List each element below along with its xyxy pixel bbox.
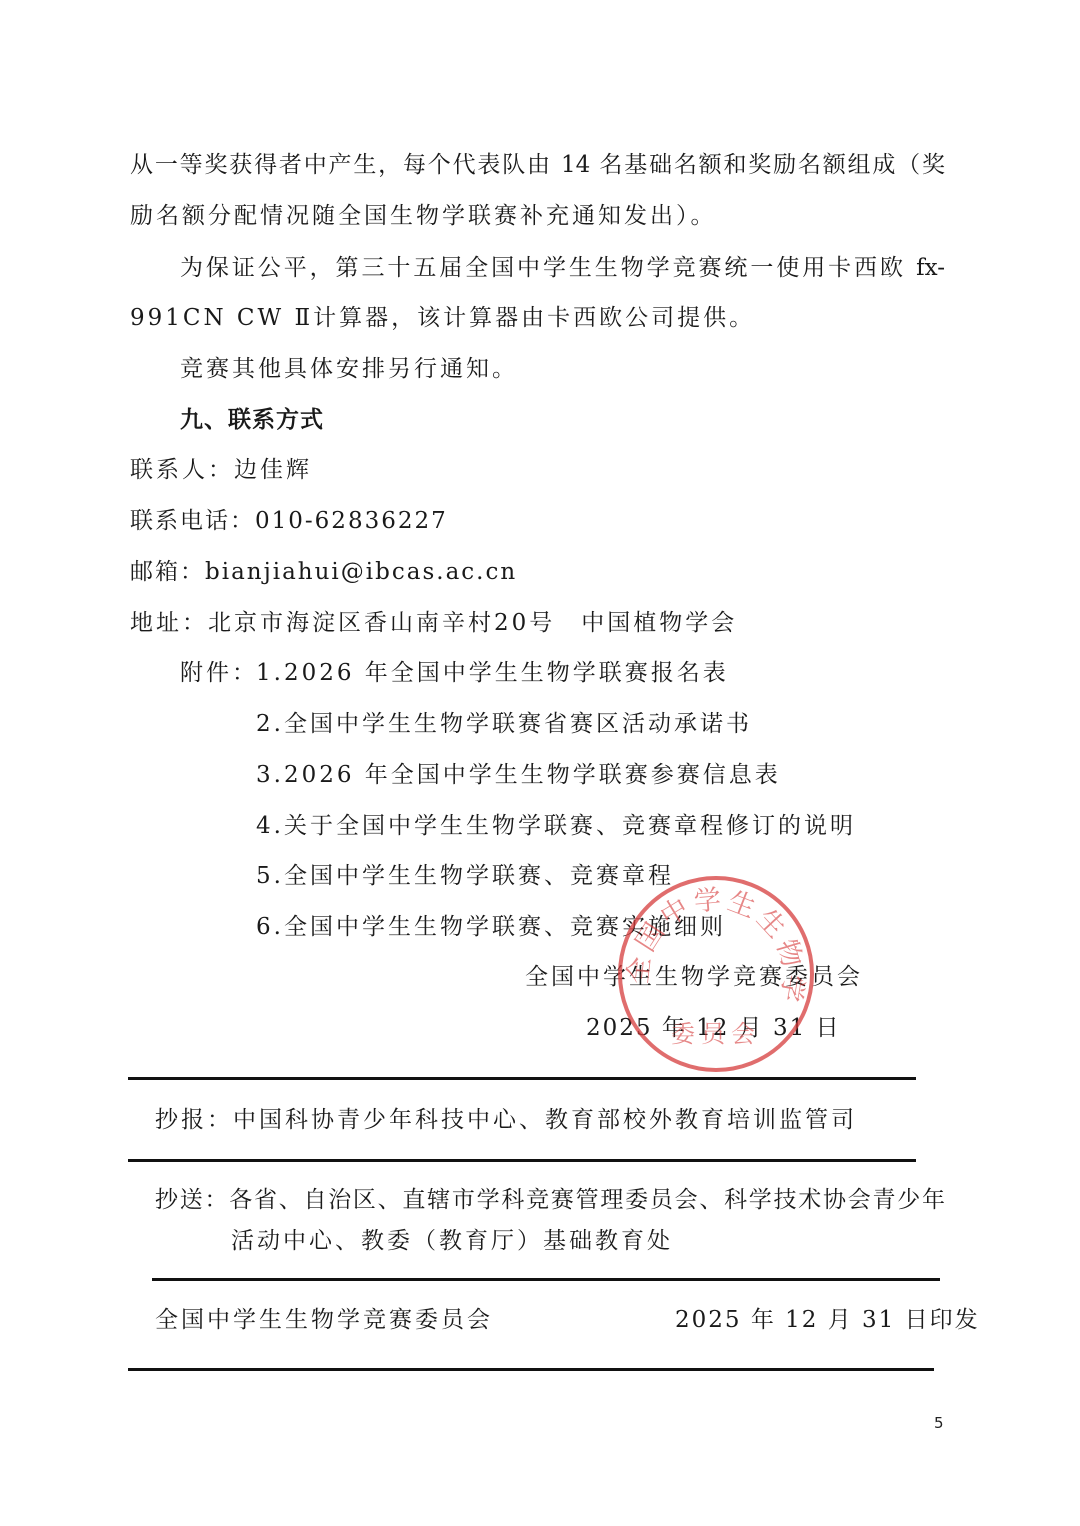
page-number: 5 xyxy=(934,1414,944,1432)
attachment-item: 4.关于全国中学生生物学联赛、竞赛章程修订的说明 xyxy=(256,811,856,841)
svg-text:全国中学生生物学竞: 全国中学生生物学竞 xyxy=(622,880,809,1008)
report-to: 抄报：中国科协青少年科技中心、教育部校外教育培训监管司 xyxy=(155,1105,857,1135)
attachment-item: 3.2026 年全国中学生生物学联赛参赛信息表 xyxy=(256,760,781,790)
divider-line xyxy=(128,1077,916,1080)
attachment-item: 5.全国中学生生物学联赛、竞赛章程 xyxy=(256,861,674,891)
paragraph-line: 991CN CW Ⅱ计算器，该计算器由卡西欧公司提供。 xyxy=(130,303,755,333)
divider-line xyxy=(128,1159,916,1162)
paragraph-line: 竞赛其他具体安排另行通知。 xyxy=(180,354,518,384)
paragraph-line: 为保证公平，第三十五届全国中学生生物学竞赛统一使用卡西欧 fx- xyxy=(180,253,945,283)
contact-email: 邮箱：bianjiahui@ibcas.ac.cn xyxy=(130,557,517,587)
svg-text:委员会: 委员会 xyxy=(671,1020,761,1048)
contact-address: 地址：北京市海淀区香山南辛村20号 中国植物学会 xyxy=(130,608,737,638)
contact-person: 联系人：边佳辉 xyxy=(130,455,312,485)
footer-issuer: 全国中学生生物学竞赛委员会 xyxy=(155,1305,493,1335)
seal-text-icon: 全国中学生生物学竞 委员会 xyxy=(622,880,810,1068)
divider-line xyxy=(128,1368,934,1371)
paragraph-line: 从一等奖获得者中产生，每个代表队由 14 名基础名额和奖励名额组成（奖 xyxy=(130,150,945,180)
paragraph-line: 励名额分配情况随全国生物学联赛补充通知发出）。 xyxy=(130,201,717,231)
contact-phone: 联系电话：010-62836227 xyxy=(130,506,448,536)
attachment-item: 2.全国中学生生物学联赛省赛区活动承诺书 xyxy=(256,709,752,739)
send-to-line: 活动中心、教委（教育厅）基础教育处 xyxy=(231,1226,673,1256)
send-to-line: 抄送：各省、自治区、直辖市学科竞赛管理委员会、科学技术协会青少年 xyxy=(155,1185,945,1215)
attachments-label: 附件： xyxy=(180,658,258,688)
attachment-item: 1.2026 年全国中学生生物学联赛报名表 xyxy=(256,658,729,688)
official-seal-stamp: 全国中学生生物学竞 委员会 xyxy=(618,876,814,1072)
footer-issue-date: 2025 年 12 月 31 日印发 xyxy=(675,1305,980,1335)
divider-line xyxy=(152,1278,940,1281)
section-heading: 九、联系方式 xyxy=(180,405,324,435)
